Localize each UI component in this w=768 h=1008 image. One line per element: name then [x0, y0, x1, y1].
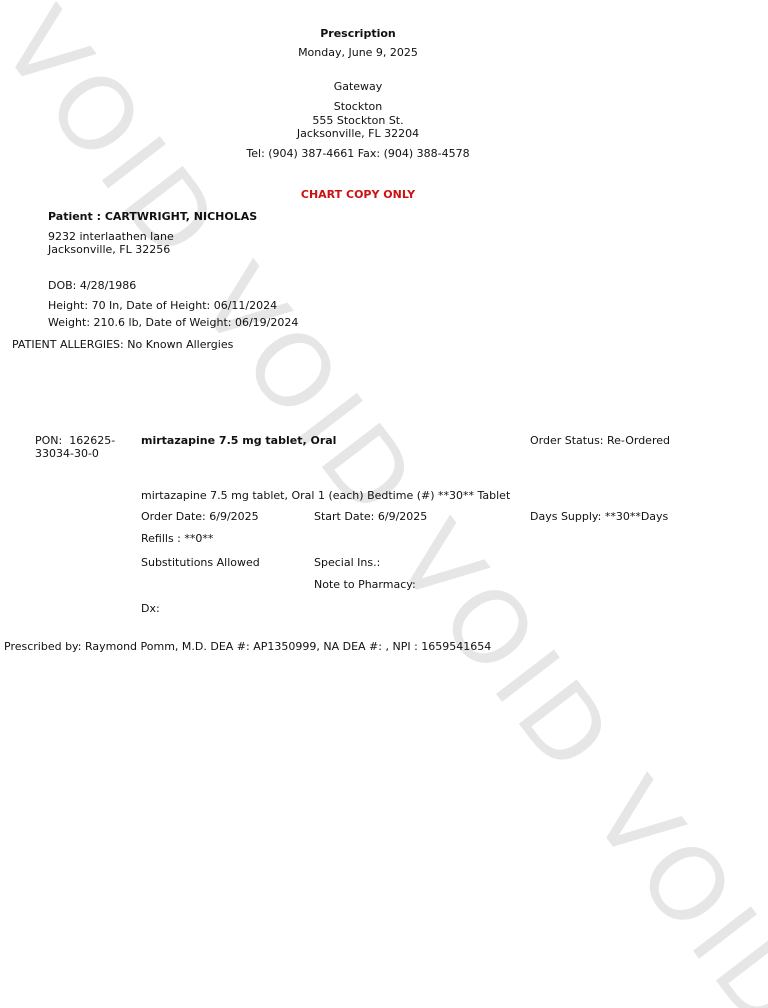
pharmacy-name: Gateway [0, 80, 716, 93]
note-to-pharmacy: Note to Pharmacy: [314, 578, 416, 591]
days-supply: Days Supply: **30**Days [530, 510, 668, 523]
order-date: Order Date: 6/9/2025 [141, 510, 259, 523]
start-date: Start Date: 6/9/2025 [314, 510, 427, 523]
pharmacy-contact: Tel: (904) 387-4661 Fax: (904) 388-4578 [0, 147, 716, 160]
chart-copy-notice: CHART COPY ONLY [0, 188, 716, 201]
patient-address-line2: Jacksonville, FL 32256 [48, 243, 170, 256]
pon-line2: 33034-30-0 [35, 447, 99, 460]
patient-weight: Weight: 210.6 lb, Date of Weight: 06/19/… [48, 316, 298, 329]
special-instructions: Special Ins.: [314, 556, 380, 569]
prescriber-line: Prescribed by: Raymond Pomm, M.D. DEA #:… [4, 640, 491, 653]
document-date: Monday, June 9, 2025 [0, 46, 716, 59]
pharmacy-location: Stockton [0, 100, 716, 113]
order-status: Order Status: Re-Ordered [530, 434, 670, 447]
pharmacy-address-line1: 555 Stockton St. [0, 114, 716, 127]
drug-title: mirtazapine 7.5 mg tablet, Oral [141, 434, 336, 447]
diagnosis: Dx: [141, 602, 160, 615]
pon-line1: PON: 162625- [35, 434, 115, 447]
patient-name: Patient : CARTWRIGHT, NICHOLAS [48, 210, 257, 223]
pharmacy-address-line2: Jacksonville, FL 32204 [0, 127, 716, 140]
patient-allergies: PATIENT ALLERGIES: No Known Allergies [12, 338, 233, 351]
patient-height: Height: 70 In, Date of Height: 06/11/202… [48, 299, 277, 312]
patient-address-line1: 9232 interlaathen lane [48, 230, 174, 243]
sig-line: mirtazapine 7.5 mg tablet, Oral 1 (each)… [141, 489, 510, 502]
refills: Refills : **0** [141, 532, 213, 545]
document-title: Prescription [0, 27, 716, 40]
substitutions: Substitutions Allowed [141, 556, 260, 569]
patient-dob: DOB: 4/28/1986 [48, 279, 136, 292]
